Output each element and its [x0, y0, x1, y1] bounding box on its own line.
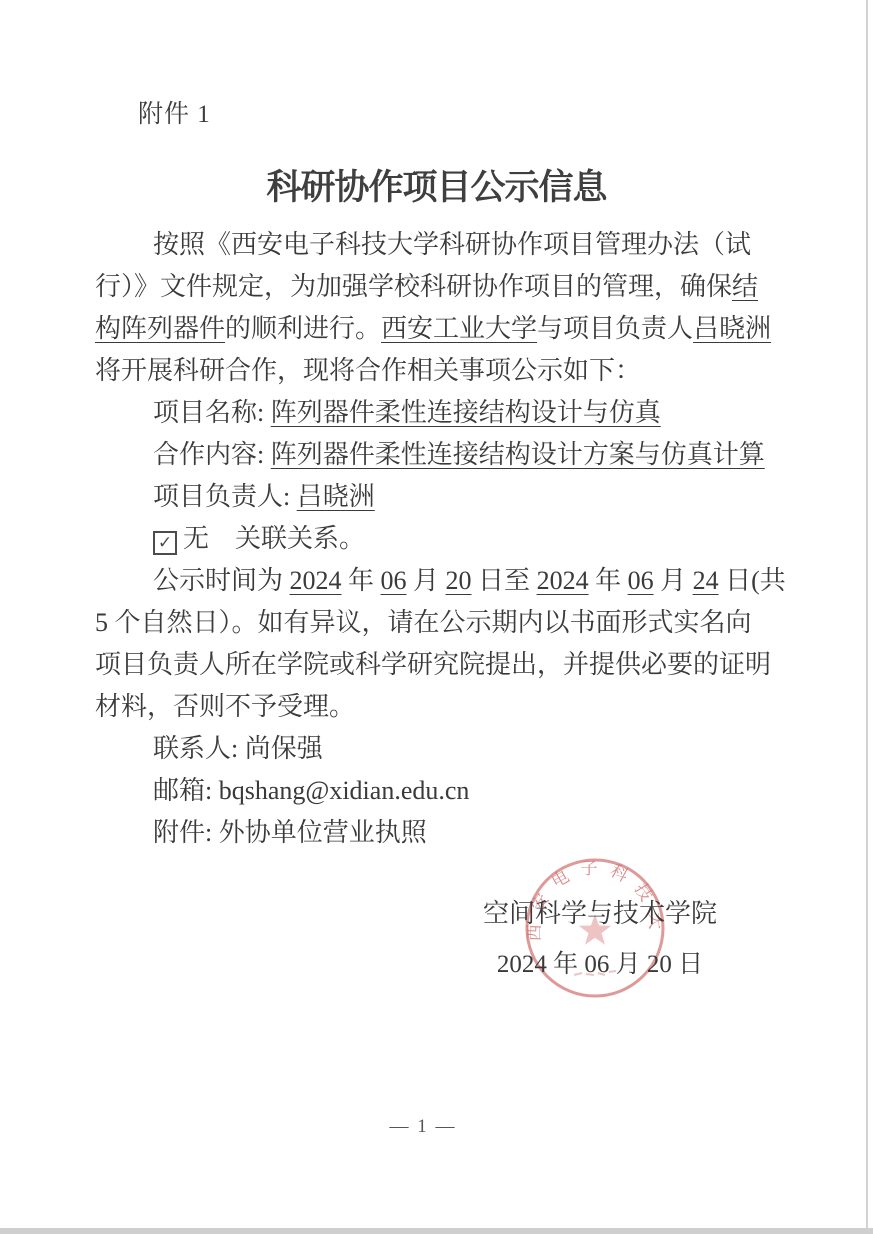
underlined-text: 阵列器件柔性连接结构设计与仿真 [271, 398, 661, 427]
text-segment: 与项目负责人 [537, 314, 693, 343]
text-line: 5 个自然日）。如有异议，请在公示期内以书面形式实名向 [95, 602, 755, 644]
body-text: 按照《西安电子科技大学科研协作项目管理办法（试行）》文件规定，为加强学校科研协作… [95, 224, 755, 854]
text-line: 项目名称: 阵列器件柔性连接结构设计与仿真 [95, 392, 755, 434]
text-line: 材料，否则不予受理。 [95, 686, 755, 728]
text-segment: 年 [589, 566, 628, 595]
text-segment: 无 关联关系。 [183, 524, 365, 553]
document-title: 科研协作项目公示信息 [0, 160, 873, 210]
text-segment: 附件: 外协单位营业执照 [153, 818, 427, 847]
underlined-text: 吕晓洲 [693, 314, 771, 343]
scan-edge-right [866, 0, 868, 1234]
checked-checkbox-icon: ✓ [153, 531, 177, 555]
underlined-text: 06 [628, 566, 654, 595]
text-line: 附件: 外协单位营业执照 [95, 812, 755, 854]
text-segment: 年 [342, 566, 381, 595]
text-line: 按照《西安电子科技大学科研协作项目管理办法（试 [95, 224, 755, 266]
text-line: 邮箱: bqshang@xidian.edu.cn [95, 770, 755, 812]
text-segment: 公示时间为 [153, 566, 290, 595]
text-segment: 5 个自然日）。如有异议，请在公示期内以书面形式实名向 [95, 608, 752, 637]
text-line: 将开展科研合作，现将合作相关事项公示如下： [95, 350, 755, 392]
document-page: 附件 1 科研协作项目公示信息 按照《西安电子科技大学科研协作项目管理办法（试行… [0, 0, 873, 1234]
text-segment: 日(共 [719, 566, 786, 595]
text-line: 构阵列器件的顺利进行。西安工业大学与项目负责人吕晓洲 [95, 308, 755, 350]
signature-department: 空间科学与技术学院 [420, 893, 780, 930]
underlined-text: 阵列器件柔性连接结构设计方案与仿真计算 [271, 440, 765, 469]
underlined-text: 构阵列器件 [95, 314, 225, 343]
underlined-text: 结 [732, 272, 758, 301]
underlined-text: 20 [446, 566, 472, 595]
text-line: 项目负责人所在学院或科学研究院提出，并提供必要的证明 [95, 644, 755, 686]
text-segment: 日至 [472, 566, 537, 595]
text-segment: 邮箱: bqshang@xidian.edu.cn [153, 776, 469, 805]
text-segment: 项目负责人所在学院或科学研究院提出，并提供必要的证明 [95, 650, 771, 679]
text-line: 联系人: 尚保强 [95, 728, 755, 770]
underlined-text: 吕晓洲 [297, 482, 375, 511]
signature-date: 2024 年 06 月 20 日 [420, 944, 780, 980]
underlined-text: 西安工业大学 [381, 314, 537, 343]
text-line: ✓无 关联关系。 [95, 518, 755, 560]
text-segment: 项目负责人: [153, 482, 297, 511]
text-segment: 月 [654, 566, 693, 595]
underlined-text: 2024 [290, 566, 342, 595]
text-line: 行）》文件规定，为加强学校科研协作项目的管理，确保结 [95, 266, 755, 308]
text-segment: 材料，否则不予受理。 [95, 692, 355, 721]
text-line: 公示时间为 2024 年 06 月 20 日至 2024 年 06 月 24 日… [95, 560, 755, 602]
text-segment: 联系人: 尚保强 [153, 734, 323, 763]
underlined-text: 06 [381, 566, 407, 595]
text-segment: 月 [407, 566, 446, 595]
text-segment: 合作内容: [153, 440, 271, 469]
page-number: — 1 — [0, 1116, 846, 1138]
text-line: 项目负责人: 吕晓洲 [95, 476, 755, 518]
signature-block: 空间科学与技术学院 2024 年 06 月 20 日 [420, 893, 780, 980]
text-segment: 行）》文件规定，为加强学校科研协作项目的管理，确保 [95, 272, 732, 301]
text-segment: 项目名称: [153, 398, 271, 427]
text-segment: 的顺利进行。 [225, 314, 381, 343]
text-segment: 将开展科研合作，现将合作相关事项公示如下： [95, 356, 641, 385]
underlined-text: 2024 [537, 566, 589, 595]
attachment-label: 附件 1 [138, 94, 211, 130]
text-line: 合作内容: 阵列器件柔性连接结构设计方案与仿真计算 [95, 434, 755, 476]
underlined-text: 24 [693, 566, 719, 595]
scan-edge-bottom [0, 1228, 873, 1234]
text-segment: 按照《西安电子科技大学科研协作项目管理办法（试 [153, 230, 751, 259]
